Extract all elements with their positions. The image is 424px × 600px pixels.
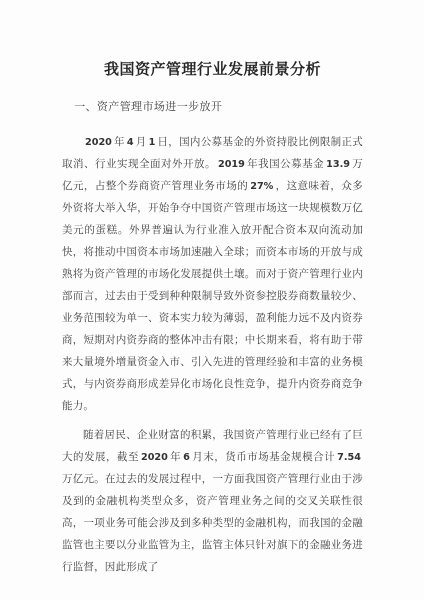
body-paragraph-2: 随着居民、企业财富的积累，我国资产管理行业已经有了巨大的发展，截至2020年6月…: [62, 425, 363, 579]
document-page: 我国资产管理行业发展前景分析 一、资产管理市场进一步放开 2020年4月1日，国…: [0, 0, 424, 600]
document-title: 我国资产管理行业发展前景分析: [62, 58, 363, 82]
body-paragraph-1: 2020年4月1日，国内公募基金的外资持股比例限制正式取消、行业实现全面对外开放…: [62, 132, 363, 418]
section-heading: 一、资产管理市场进一步放开: [62, 100, 363, 115]
